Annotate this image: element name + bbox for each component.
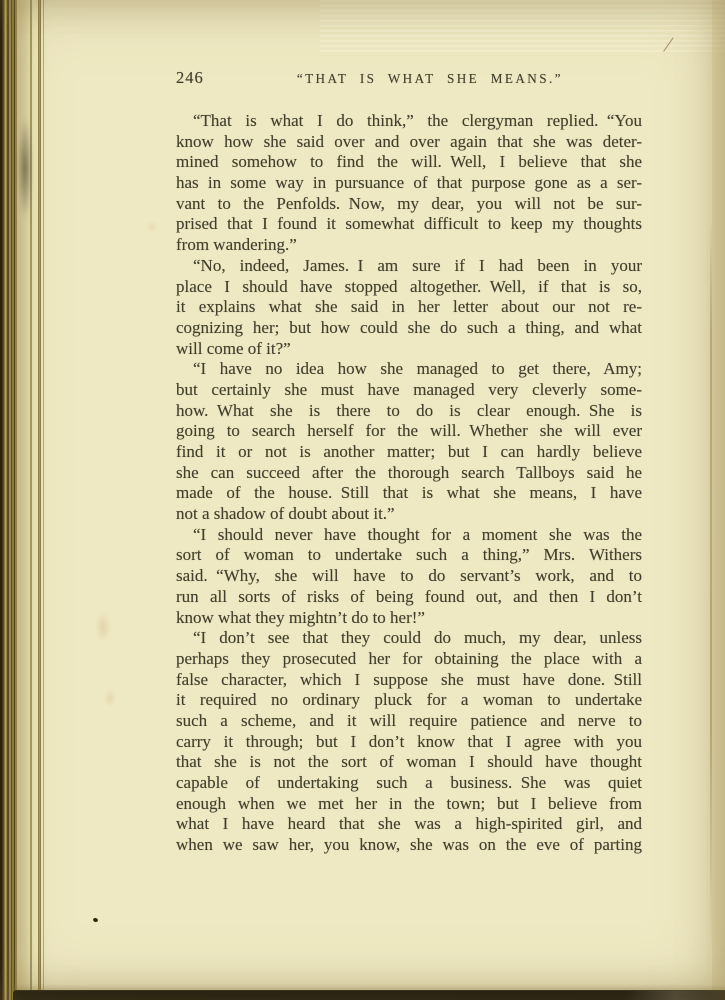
text-line: such a scheme, and it will require patie… xyxy=(176,711,642,732)
paper-stain xyxy=(146,220,158,234)
paragraph: “I don’t see that they could do much, my… xyxy=(176,628,642,856)
text-line: when we saw her, you know, she was on th… xyxy=(176,835,642,856)
text-line: said. “Why, she will have to do servant’… xyxy=(176,566,642,587)
paper-stain xyxy=(104,688,116,708)
ink-speck xyxy=(92,917,98,922)
text-line: “That is what I do think,” the clergyman… xyxy=(176,111,642,132)
paper-stain xyxy=(95,612,111,642)
fore-edge-band xyxy=(712,0,725,1000)
paragraph: “I have no idea how she managed to get t… xyxy=(176,359,642,525)
paragraph: “No, indeed, James. I am sure if I had b… xyxy=(176,256,642,359)
text-line: going to search herself for the will. Wh… xyxy=(176,421,642,442)
text-line: she can succeed after the thorough searc… xyxy=(176,463,642,484)
gutter-line xyxy=(38,0,41,1000)
text-line: run all sorts of risks of being found ou… xyxy=(176,587,642,608)
top-page-edge-streaks xyxy=(320,0,725,52)
text-line: cognizing her; but how could she do such… xyxy=(176,318,642,339)
text-line: not a shadow of doubt about it.” xyxy=(176,504,642,525)
text-line: false character, which I suppose she mus… xyxy=(176,670,642,691)
text-line: what I have heard that she was a high-sp… xyxy=(176,814,642,835)
text-line: but certainly she must have managed very… xyxy=(176,380,642,401)
text-line: how. What she is there to do is clear en… xyxy=(176,401,642,422)
page-number: 246 xyxy=(176,68,204,89)
text-line: from wandering.” xyxy=(176,235,642,256)
running-title: “THAT IS WHAT SHE MEANS.” xyxy=(211,69,649,90)
paragraph: “I should never have thought for a momen… xyxy=(176,525,642,628)
text-line: know how she said over and over again th… xyxy=(176,132,642,153)
gutter-line xyxy=(43,0,44,1000)
text-line: capable of undertaking such a business. … xyxy=(176,773,642,794)
text-line: “I don’t see that they could do much, my… xyxy=(176,628,642,649)
text-line: that she is not the sort of woman I shou… xyxy=(176,752,642,773)
text-line: has in some way in pursuance of that pur… xyxy=(176,173,642,194)
page-content: 246 “THAT IS WHAT SHE MEANS.” “That is w… xyxy=(176,68,642,856)
text-line: it required no ordinary pluck for a woma… xyxy=(176,690,642,711)
book-cover-edge xyxy=(13,990,725,1000)
running-head: 246 “THAT IS WHAT SHE MEANS.” xyxy=(176,68,642,88)
text-line: enough when we met her in the town; but … xyxy=(176,794,642,815)
text-line: vant to the Penfolds. Now, my dear, you … xyxy=(176,194,642,215)
book-photo: { "page": { "number": "246", "running_ti… xyxy=(0,0,725,1000)
text-line: sort of woman to undertake such a thing,… xyxy=(176,545,642,566)
text-line: “I have no idea how she managed to get t… xyxy=(176,359,642,380)
fore-edge-crease xyxy=(710,220,712,945)
book-page-edges xyxy=(0,0,17,1000)
text-line: carry it through; but I don’t know that … xyxy=(176,732,642,753)
body-text: “That is what I do think,” the clergyman… xyxy=(176,111,642,856)
text-line: prised that I found it somewhat difficul… xyxy=(176,214,642,235)
text-line: “I should never have thought for a momen… xyxy=(176,525,642,546)
text-line: place I should have stopped altogether. … xyxy=(176,277,642,298)
paragraph: “That is what I do think,” the clergyman… xyxy=(176,111,642,256)
text-line: perhaps they prosecuted her for obtainin… xyxy=(176,649,642,670)
text-line: “No, indeed, James. I am sure if I had b… xyxy=(176,256,642,277)
text-line: mined somehow to find the will. Well, I … xyxy=(176,152,642,173)
text-line: find it or not is another matter; but I … xyxy=(176,442,642,463)
text-line: made of the house. Still that is what sh… xyxy=(176,483,642,504)
gutter-smudge xyxy=(18,118,32,218)
text-line: it explains what she said in her letter … xyxy=(176,297,642,318)
text-line: know what they mightn’t do to her!” xyxy=(176,608,642,629)
text-line: will come of it?” xyxy=(176,339,642,360)
